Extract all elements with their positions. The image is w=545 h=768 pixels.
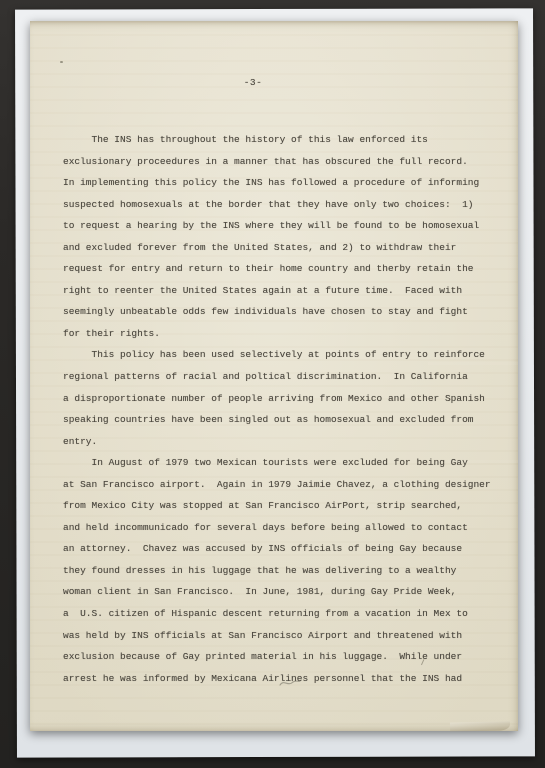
- page-number: -3-: [9, 77, 497, 88]
- typed-text-block: The INS has throughout the history of th…: [63, 129, 511, 689]
- typed-line: exclusion because of Gay printed materia…: [63, 646, 511, 668]
- typed-line: and held incommunicado for several days …: [63, 517, 511, 539]
- typed-line: In implementing this policy the INS has …: [63, 172, 511, 194]
- scan-streak: [448, 460, 518, 463]
- typed-line: an attorney. Chavez was accused by INS o…: [63, 538, 511, 560]
- typed-line: they found dresses in his luggage that h…: [63, 560, 511, 582]
- scanned-page: -3- The INS has throughout the history o…: [30, 21, 518, 731]
- typed-line: request for entry and return to their ho…: [63, 258, 511, 280]
- paper-speck: [60, 61, 63, 63]
- scan-streak: [428, 362, 518, 365]
- typed-line: was held by INS officials at San Francis…: [63, 625, 511, 647]
- typed-line: seemingly unbeatable odds few individual…: [63, 301, 511, 323]
- typed-line: exclusionary proceedures in a manner tha…: [63, 151, 511, 173]
- typed-line: at San Francisco airport. Again in 1979 …: [63, 474, 511, 496]
- typed-line: a U.S. citizen of Hispanic descent retur…: [63, 603, 511, 625]
- typed-line: and excluded forever from the United Sta…: [63, 237, 511, 259]
- typed-line: In August of 1979 two Mexican tourists w…: [63, 452, 511, 474]
- typed-line: The INS has throughout the history of th…: [63, 129, 511, 151]
- typed-line: entry.: [63, 431, 511, 453]
- pen-squiggle-icon: [278, 677, 302, 689]
- typed-line: for their rights.: [63, 323, 511, 345]
- scanner-background: -3- The INS has throughout the history o…: [0, 0, 545, 768]
- typed-line: to request a hearing by the INS where th…: [63, 215, 511, 237]
- typed-line: woman client in San Francisco. In June, …: [63, 581, 511, 603]
- typed-line: speaking countries have been singled out…: [63, 409, 511, 431]
- typed-line: right to reenter the United States again…: [63, 280, 511, 302]
- typed-line: from Mexico City was stopped at San Fran…: [63, 495, 511, 517]
- typed-line: regional patterns of racial and poltical…: [63, 366, 511, 388]
- typed-line: suspected homosexuals at the border that…: [63, 194, 511, 216]
- page-curl: [450, 721, 510, 731]
- typed-line: a disproportionate number of people arri…: [63, 388, 511, 410]
